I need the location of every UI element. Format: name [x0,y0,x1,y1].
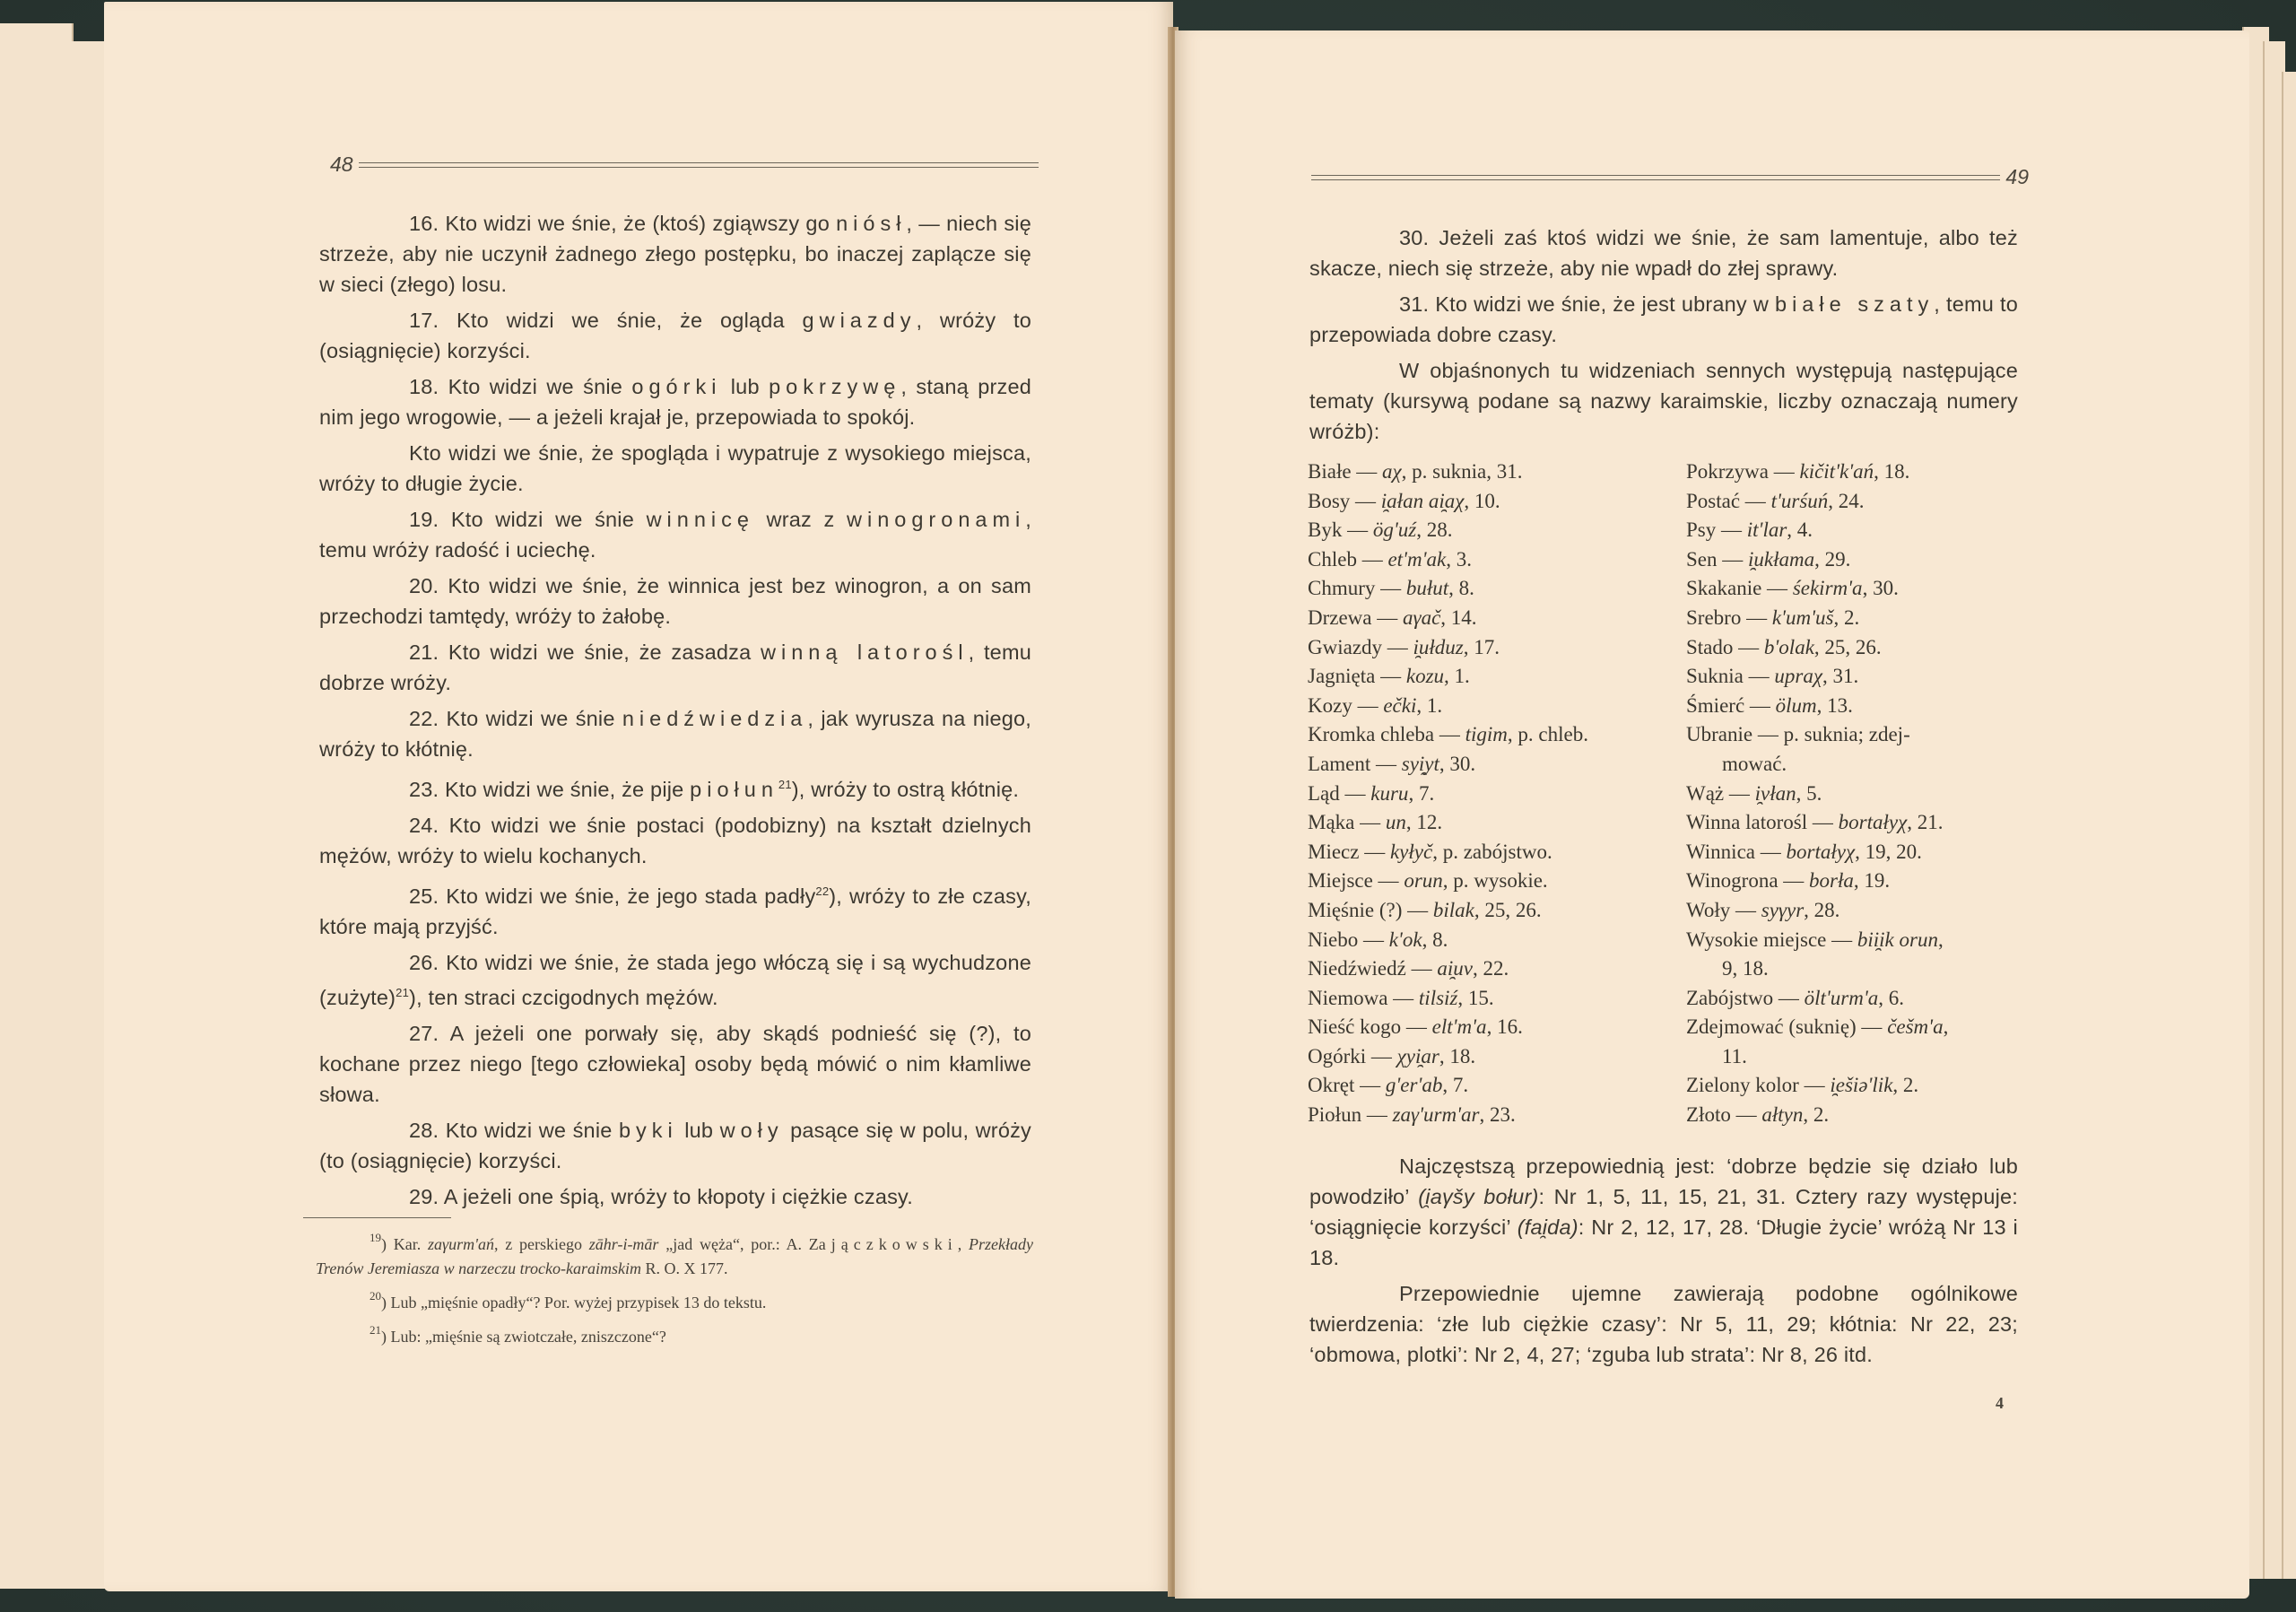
entry-references: , 25, 26. [1474,899,1542,921]
polish-term: Winogrona — [1686,869,1809,892]
karaim-term: ečki [1383,694,1416,717]
glossary-entry: Złoto — ałtyn, 2. [1686,1101,2045,1130]
dream-paragraph: 31. Kto widzi we śnie, że jest ubrany w … [1309,289,2018,350]
entry-references: , 18. [1874,460,1909,483]
glossary-entry: Ogórki — χyi̯ar, 18. [1308,1042,1675,1072]
karaim-term: bortałyχ [1787,841,1856,863]
dream-paragraph: 29. A jeżeli one śpią, wróży to kłopoty … [319,1181,1031,1212]
entry-references: , p. chleb. [1508,723,1588,745]
dream-paragraph: 30. Jeżeli zaś ktoś widzi we śnie, że sa… [1309,222,2018,283]
entry-references: , p. suknia, 31. [1402,460,1523,483]
glossary-entry: Byk — ög'uź, 28. [1308,516,1675,545]
polish-term: Psy — [1686,518,1747,541]
dream-paragraph: Kto widzi we śnie, że spogląda i wypatru… [319,438,1031,499]
glossary-entry: Białe — aχ, p. suknia, 31. [1308,457,1675,487]
polish-term: Niemowa — [1308,987,1419,1009]
header-double-rule [1311,175,2000,180]
glossary-entry: Chmury — bułut, 8. [1308,574,1675,604]
entry-references: , 19. [1854,869,1890,892]
polish-term: Stado — [1686,636,1764,658]
polish-term: Kozy — [1308,694,1383,717]
karaim-term: bii̯ik orun [1857,928,1938,951]
polish-term: Wąż — [1686,782,1755,805]
entry-references: , 2. [1803,1103,1829,1126]
summary-paragraph: Przepowiednie ujemne zawierają podobne o… [1309,1278,2018,1370]
glossary-entry: Okręt — g'er'ab, 7. [1308,1071,1675,1101]
karaim-term: i̯ešiǝ'lik [1830,1074,1892,1096]
polish-term: Miecz — [1308,841,1390,863]
footnote: 20) Lub „mięśnie opadły“? Por. wyżej prz… [316,1284,1033,1315]
entry-references: , 1. [1444,665,1470,687]
page-number-left: 48 [330,152,353,177]
polish-term: Chleb — [1308,548,1387,571]
karaim-term: elt'm'a [1432,1015,1487,1038]
entry-references: , [1944,1015,1949,1038]
glossary-entry: Skakanie — śekirm'a, 30. [1686,574,2045,604]
entry-references: , 4. [1787,518,1813,541]
dream-paragraph: 17. Kto widzi we śnie, że ogląda gwiazdy… [319,305,1031,366]
entry-references: , 2. [1892,1074,1918,1096]
polish-term: Niedźwiedź — [1308,957,1437,980]
glossary-entry: Zdejmować (suknię) — češm'a, [1686,1013,2045,1042]
glossary-column-left: Białe — aχ, p. suknia, 31.Bosy — i̯ałan … [1308,457,1675,1130]
glossary-entry: Niebo — k'ok, 8. [1308,926,1675,955]
entry-references: , 28. [1416,518,1452,541]
glossary-entry: Jagnięta — kozu, 1. [1308,662,1675,692]
karaim-term: syγyr [1761,899,1804,921]
karaim-term: k'um'uš [1772,606,1834,629]
entry-references: , p. zabójstwo. [1432,841,1552,863]
entry-references: , 12. [1406,811,1442,833]
entry-references: , 28. [1804,899,1839,921]
glossary-entry: Niemowa — tilsiź, 15. [1308,984,1675,1014]
polish-term: Miejsce — [1308,869,1404,892]
footnote-rule [303,1217,451,1218]
dream-paragraph: 26. Kto widzi we śnie, że stada jego włó… [319,947,1031,1013]
dream-paragraph: 24. Kto widzi we śnie postaci (podobizny… [319,810,1031,871]
entry-references: , 7. [1408,782,1434,805]
glossary-entry: 9, 18. [1686,954,2045,984]
polish-term: Ogórki — [1308,1045,1397,1067]
glossary-entry: Woły — syγyr, 28. [1686,896,2045,926]
page-number-right: 49 [2005,165,2029,189]
polish-term: Mięśnie (?) — [1308,899,1433,921]
karaim-term: śekirm'a [1793,577,1863,599]
polish-term: Lament — [1308,753,1402,775]
entry-references: , 13. [1817,694,1853,717]
karaim-term: syi̯yt [1402,753,1439,775]
glossary-entry: 11. [1686,1042,2045,1072]
dream-paragraph: 21. Kto widzi we śnie, że zasadza winną … [319,637,1031,698]
printer-signature-mark: 4 [1996,1394,2004,1413]
entry-references: , 1. [1416,694,1442,717]
summary-paragraphs: Najczęstszą przepowiednią jest: ‘dobrze … [1309,1151,2018,1375]
karaim-term: kyłyč [1390,841,1432,863]
karaim-term: tigim [1465,723,1508,745]
glossary-entry: Stado — b'olak, 25, 26. [1686,633,2045,663]
polish-term: Wysokie miejsce — [1686,928,1857,951]
karaim-term: kozu [1406,665,1444,687]
karaim-term: bilak [1433,899,1474,921]
glossary-column-right: Pokrzywa — kičit'k'ań, 18.Postać — t'urś… [1686,457,2045,1130]
karaim-term: t'urśuń [1771,490,1829,512]
entry-references: , 25, 26. [1814,636,1882,658]
polish-term: Okręt — [1308,1074,1386,1096]
glossary-entry: Wysokie miejsce — bii̯ik orun, [1686,926,2045,955]
polish-term: Jagnięta — [1308,665,1406,687]
entry-references: mować. [1722,753,1787,775]
polish-term: Srebro — [1686,606,1772,629]
polish-term: Mąka — [1308,811,1386,833]
entry-references: , 8. [1422,928,1448,951]
karaim-term: b'olak [1764,636,1814,658]
entry-references: 11. [1722,1045,1747,1067]
karaim-term: kičit'k'ań [1799,460,1874,483]
karaim-term: upraχ [1774,665,1822,687]
entry-references: , 7. [1442,1074,1468,1096]
karaim-term: it'lar [1747,518,1787,541]
polish-term: Ląd — [1308,782,1370,805]
karaim-term: aγač [1403,606,1440,629]
dream-paragraph: 20. Kto widzi we śnie, że winnica jest b… [319,571,1031,632]
entry-references: , 17. [1464,636,1500,658]
entry-references: , 23. [1479,1103,1515,1126]
karaim-term: ölt'urm'a [1805,987,1879,1009]
polish-term: Chmury — [1308,577,1406,599]
glossary-entry: Pokrzywa — kičit'k'ań, 18. [1686,457,2045,487]
entry-references: , 30. [1863,577,1899,599]
glossary-entry: Psy — it'lar, 4. [1686,516,2045,545]
glossary-entry: Zielony kolor — i̯ešiǝ'lik, 2. [1686,1071,2045,1101]
entry-references: , [1938,928,1944,951]
right-page-body: 30. Jeżeli zaś ktoś widzi we śnie, że sa… [1309,222,2018,452]
glossary-entry: Miejsce — orun, p. wysokie. [1308,867,1675,896]
polish-term: Zdejmować (suknię) — [1686,1015,1887,1038]
dream-paragraph: 19. Kto widzi we śnie winnicę wraz z win… [319,504,1031,565]
polish-term: Zabójstwo — [1686,987,1805,1009]
polish-term: Postać — [1686,490,1771,512]
karaim-term: kuru [1370,782,1408,805]
glossary-entry: Postać — t'urśuń, 24. [1686,487,2045,517]
glossary-entry: Winna latorośl — bortałyχ, 21. [1686,808,2045,838]
entry-references: p. suknia; zdej- [1784,723,1910,745]
karaim-term: χyi̯ar [1397,1045,1439,1067]
karaim-term: i̯vłan [1755,782,1796,805]
glossary-entry: mować. [1686,750,2045,780]
dream-paragraph: 23. Kto widzi we śnie, że pije piołun21)… [319,770,1031,805]
karaim-term: ałtyn [1761,1103,1803,1126]
karaim-term: et'm'ak [1387,548,1446,571]
polish-term: Złoto — [1686,1103,1761,1126]
karaim-term: orun [1404,869,1442,892]
entry-references: , 29. [1814,548,1850,571]
entry-references: , 10. [1464,490,1500,512]
polish-term: Ubranie — [1686,723,1784,745]
karaim-term: borła [1809,869,1854,892]
polish-term: Kromka chleba — [1308,723,1465,745]
entry-references: , 31. [1822,665,1858,687]
glossary-entry: Drzewa — aγač, 14. [1308,604,1675,633]
right-running-head: 49 [1311,165,2029,189]
page-stack-left [0,23,117,1589]
polish-term: Zielony kolor — [1686,1074,1830,1096]
entry-references: , 22. [1473,957,1509,980]
summary-paragraph: Najczęstszą przepowiednią jest: ‘dobrze … [1309,1151,2018,1273]
karaim-term: bułut [1406,577,1448,599]
footnote: 21) Lub: „mięśnie są zwiotczałe, zniszcz… [316,1318,1033,1349]
karaim-term: zaγ'urm'ar [1393,1103,1480,1126]
glossary-entry: Miecz — kyłyč, p. zabójstwo. [1308,838,1675,867]
glossary-entry: Srebro — k'um'uš, 2. [1686,604,2045,633]
karaim-term: un [1386,811,1406,833]
polish-term: Suknia — [1686,665,1774,687]
entry-references: , 19, 20. [1855,841,1922,863]
polish-term: Piołun — [1308,1103,1393,1126]
karaim-term: k'ok [1389,928,1422,951]
karaim-term: aχ [1382,460,1402,483]
glossary-entry: Sen — i̯ukłama, 29. [1686,545,2045,575]
entry-references: , 3. [1446,548,1472,571]
glossary-entry: Kozy — ečki, 1. [1308,692,1675,721]
karaim-term: ai̯uv [1437,957,1473,980]
dream-paragraph: 28. Kto widzi we śnie byki lub woły pasą… [319,1115,1031,1176]
glossary-entry: Ląd — kuru, 7. [1308,780,1675,809]
karaim-term: i̯ułduz [1413,636,1464,658]
glossary-entry: Winogrona — borła, 19. [1686,867,2045,896]
karaim-term: i̯ukłama [1748,548,1814,571]
entry-references: , 21. [1907,811,1943,833]
polish-term: Winnica — [1686,841,1787,863]
polish-term: Skakanie — [1686,577,1793,599]
footnote: 19) Kar. zaγurm'ań, z perskiego zāhr-i-m… [316,1225,1033,1281]
dream-paragraph: W objaśnonych tu widzeniach sennych wyst… [1309,355,2018,447]
polish-term: Drzewa — [1308,606,1403,629]
dream-paragraph: 16. Kto widzi we śnie, że (ktoś) zgiąwsz… [319,208,1031,300]
karaim-term: češm'a [1887,1015,1943,1038]
dream-paragraph: 25. Kto widzi we śnie, że jego stada pad… [319,876,1031,942]
entry-references: , 6. [1878,987,1904,1009]
entry-references: , 16. [1487,1015,1523,1038]
karaim-term: bortałyχ [1839,811,1908,833]
entry-references: , 5. [1796,782,1822,805]
entry-references: , 30. [1439,753,1475,775]
glossary-entry: Lament — syi̯yt, 30. [1308,750,1675,780]
glossary-entry: Kromka chleba — tigim, p. chleb. [1308,720,1675,750]
glossary-entry: Chleb — et'm'ak, 3. [1308,545,1675,575]
karaim-term: g'er'ab [1386,1074,1443,1096]
karaim-term: ög'uź [1373,518,1416,541]
page-leaf-edge [2282,72,2296,1579]
glossary-entry: Winnica — bortałyχ, 19, 20. [1686,838,2045,867]
karaim-term: i̯ałan ai̯aχ [1381,490,1465,512]
entry-references: , 18. [1439,1045,1475,1067]
dream-paragraph: 18. Kto widzi we śnie ogórki lub pokrzyw… [319,371,1031,432]
entry-references: , p. wysokie. [1443,869,1548,892]
karaim-term: tilsiź [1419,987,1457,1009]
dream-paragraph: 27. A jeżeli one porwały się, aby skądś … [319,1018,1031,1110]
entry-references: , 15. [1457,987,1493,1009]
entry-references: 9, 18. [1722,957,1769,980]
polish-term: Gwiazdy — [1308,636,1413,658]
polish-term: Nieść kogo — [1308,1015,1432,1038]
entry-references: , 8. [1448,577,1474,599]
dream-paragraph: 22. Kto widzi we śnie niedźwiedzia, jak … [319,703,1031,764]
header-double-rule [359,162,1039,168]
glossary-entry: Zabójstwo — ölt'urm'a, 6. [1686,984,2045,1014]
polish-term: Bosy — [1308,490,1381,512]
left-running-head: 48 [330,152,1039,177]
polish-term: Sen — [1686,548,1748,571]
polish-term: Pokrzywa — [1686,460,1799,483]
left-page-body: 16. Kto widzi we śnie, że (ktoś) zgiąwsz… [319,208,1031,1217]
glossary-entry: Gwiazdy — i̯ułduz, 17. [1308,633,1675,663]
polish-term: Białe — [1308,460,1382,483]
page-stack-right [2242,27,2296,1579]
glossary-entry: Śmierć — ölum, 13. [1686,692,2045,721]
glossary-entry: Piołun — zaγ'urm'ar, 23. [1308,1101,1675,1130]
polish-term: Śmierć — [1686,694,1776,717]
glossary-entry: Suknia — upraχ, 31. [1686,662,2045,692]
polish-term: Winna latorośl — [1686,811,1839,833]
glossary-entry: Mąka — un, 12. [1308,808,1675,838]
entry-references: , 24. [1828,490,1864,512]
glossary-entry: Bosy — i̯ałan ai̯aχ, 10. [1308,487,1675,517]
polish-term: Byk — [1308,518,1373,541]
karaim-term: ölum [1776,694,1817,717]
polish-term: Niebo — [1308,928,1389,951]
glossary-entry: Niedźwiedź — ai̯uv, 22. [1308,954,1675,984]
glossary-entry: Nieść kogo — elt'm'a, 16. [1308,1013,1675,1042]
glossary-entry: Wąż — i̯vłan, 5. [1686,780,2045,809]
entry-references: , 2. [1833,606,1859,629]
footnotes: 19) Kar. zaγurm'ań, z perskiego zāhr-i-m… [316,1225,1033,1352]
polish-term: Woły — [1686,899,1761,921]
entry-references: , 14. [1440,606,1476,629]
glossary-entry: Ubranie — p. suknia; zdej- [1686,720,2045,750]
glossary-entry: Mięśnie (?) — bilak, 25, 26. [1308,896,1675,926]
